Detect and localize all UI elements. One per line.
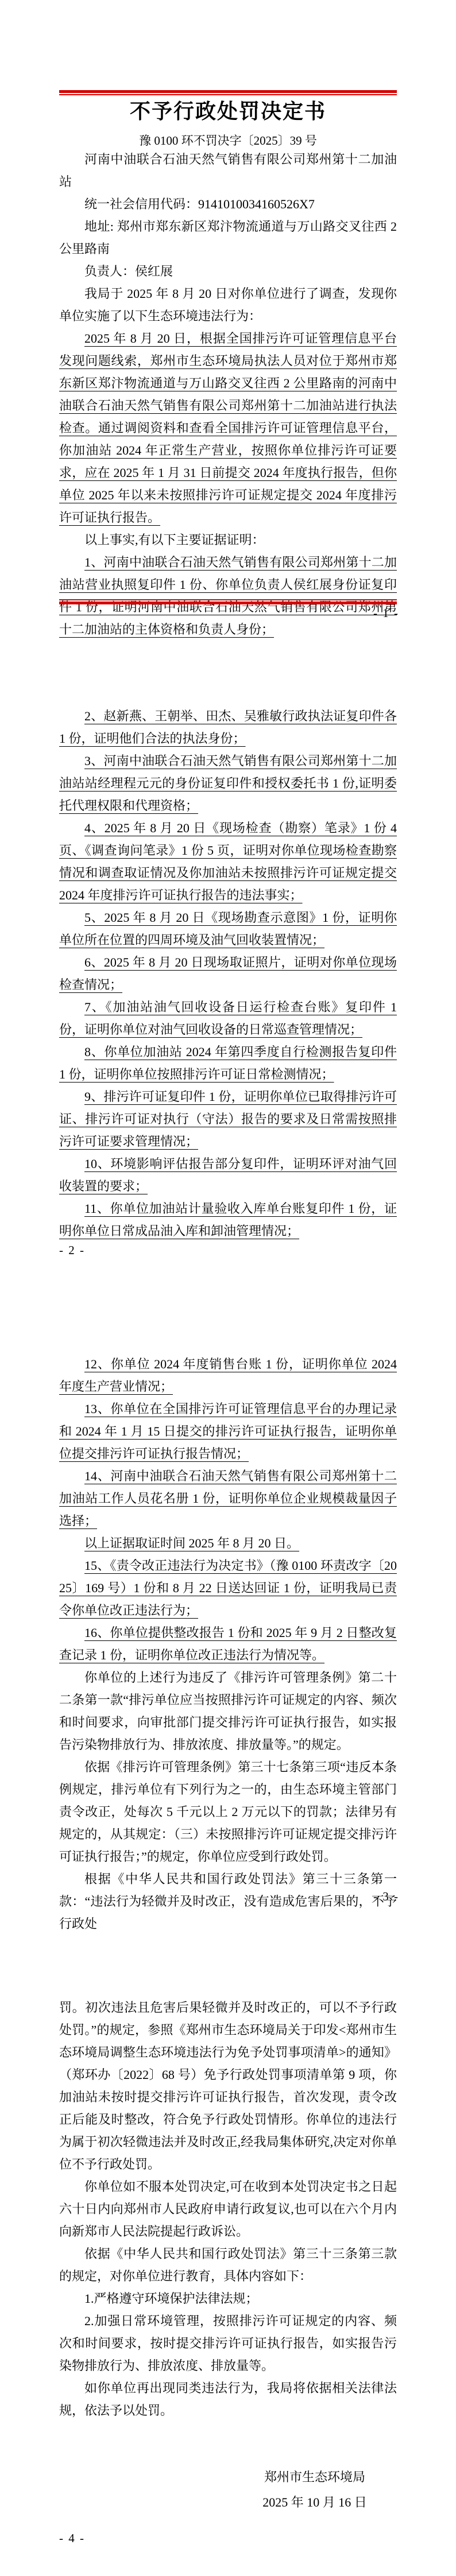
page-number-2: - 2 -: [59, 1243, 85, 1257]
issuing-authority: 郑州市生态环境局: [229, 2465, 401, 2490]
education-basis: 依据《中华人民共和国行政处罚法》第三十三条第三款的规定，对你单位进行教育，具体内…: [59, 2243, 397, 2287]
page-number-4: - 4 -: [59, 2531, 85, 2545]
evidence-item-10: 10、环境影响评估报告部分复印件，证明环评对油气回收装置的要求；: [59, 1153, 397, 1197]
investigation-intro: 我局于 2025 年 8 月 20 日对你单位进行了调查，发现你单位实施了以下生…: [59, 282, 397, 327]
page-3-body: 12、你单位 2024 年度销售台账 1 份，证明你单位 2024 年度生产营业…: [59, 1353, 397, 1935]
page-number-3: - 3 -: [59, 1890, 399, 1903]
evidence-item-14: 14、河南中油联合石油天然气销售有限公司郑州第十二加油站工作人员花名册 1 份，…: [59, 1465, 397, 1532]
non-penalty-basis-part2: 罚。初次违法且危害后果轻微并及时改正的，可以不予行政处罚。”的规定，参照《郑州市…: [59, 1996, 397, 2175]
document-title: 不予行政处罚决定书: [0, 99, 456, 124]
evidence-item-2: 2、赵新燕、王朝举、田杰、吴雅敏行政执法证复印件各 1 份，证明他们合法的执法身…: [59, 705, 397, 750]
address-line: 地址: 郑州市郑东新区郑汴物流通道与万山路交叉往西 2 公里路南: [59, 215, 397, 260]
violation-facts: 2025 年 8 月 20 日，根据全国排污许可证管理信息平台发现问题线索，郑州…: [59, 327, 397, 529]
company-name-line: 河南中油联合石油天然气销售有限公司郑州第十二加油站: [59, 148, 397, 193]
evidence-item-13: 13、你单位在全国排污许可证管理信息平台的办理记录和 2024 年 1 月 15…: [59, 1398, 397, 1465]
issue-date: 2025 年 10 月 16 日: [229, 2490, 401, 2515]
appeal-rights: 你单位如不服本处罚决定,可在收到本处罚决定书之日起六十日内向郑州市人民政府申请行…: [59, 2175, 397, 2243]
page-number-1: - 1 -: [59, 606, 399, 620]
header-red-rule: [59, 90, 397, 95]
evidence-item-6: 6、2025 年 8 月 20 日现场取证照片，证明对你单位现场检查情况；: [59, 951, 397, 996]
evidence-intro: 以上事实,有以下主要证据证明：: [59, 529, 397, 551]
footer-red-rule: [59, 599, 397, 604]
person-in-charge-line: 负责人：侯红展: [59, 260, 397, 282]
evidence-item-7: 7、《加油站油气回收设备日运行检查台账》复印件 1 份，证明你单位对油气回收设备…: [59, 996, 397, 1041]
page-1-body: 河南中油联合石油天然气销售有限公司郑州第十二加油站统一社会信用代码：914101…: [59, 148, 397, 641]
education-item-1: 1.严格遵守环境保护法律法规；: [59, 2287, 397, 2310]
evidence-item-9: 9、排污许可证复印件 1 份，证明你单位已取得排污许可证、排污许可证对执行（守法…: [59, 1085, 397, 1153]
header-rule-thin-line: [59, 94, 397, 95]
evidence-item-8: 8、你单位加油站 2024 年第四季度自行检测报告复印件 1 份，证明你单位按照…: [59, 1041, 397, 1085]
document-number: 豫 0100 环不罚决字〔2025〕39 号: [0, 133, 456, 149]
legal-basis-penalty: 依据《排污许可管理条例》第三十七条第三项“违反本条例规定，排污单位有下列行为之一…: [59, 1756, 397, 1868]
credit-code-line: 统一社会信用代码：9141010034160526X7: [59, 193, 397, 215]
evidence-item-1: 1、河南中油联合石油天然气销售有限公司郑州第十二加油站营业执照复印件 1 份、你…: [59, 551, 397, 641]
education-item-2: 2.加强日常环境管理，按照排污许可证规定的内容、频次和时间要求，按时提交排污许可…: [59, 2310, 397, 2377]
footer-rule-thick-line: [59, 602, 397, 604]
evidence-item-15: 15、《责令改正违法行为决定书》（豫 0100 环责改字〔2025〕169 号）…: [59, 1554, 397, 1621]
legal-basis-violation: 你单位的上述行为违反了《排污许可管理条例》第二十二条第一款“排污单位应当按照排污…: [59, 1666, 397, 1756]
signature-block: 郑州市生态环境局 2025 年 10 月 16 日: [229, 2465, 401, 2515]
page-2-body: 2、赵新燕、王朝举、田杰、吴雅敏行政执法证复印件各 1 份，证明他们合法的执法身…: [59, 705, 397, 1242]
evidence-item-5: 5、2025 年 8 月 20 日《现场勘查示意图》1 份，证明你单位所在位置的…: [59, 906, 397, 951]
page-4-body: 罚。初次违法且危害后果轻微并及时改正的，可以不予行政处罚。”的规定，参照《郑州市…: [59, 1996, 397, 2422]
evidence-item-12: 12、你单位 2024 年度销售台账 1 份，证明你单位 2024 年度生产营业…: [59, 1353, 397, 1398]
repeat-violation-warning: 如你单位再出现同类违法行为，我局将依据相关法律法规，依法予以处罚。: [59, 2377, 397, 2422]
evidence-item-4: 4、2025 年 8 月 20 日《现场检查（勘察）笔录》1 份 4 页、《调查…: [59, 817, 397, 906]
evidence-item-3: 3、河南中油联合石油天然气销售有限公司郑州第十二加油站站经理程元元的身份证复印件…: [59, 750, 397, 817]
evidence-item-11: 11、你单位加油站计量验收入库单台账复印件 1 份，证明你单位日常成品油入库和卸…: [59, 1197, 397, 1242]
evidence-item-16: 16、你单位提供整改报告 1 份和 2025 年 9 月 2 日整改复查记录 1…: [59, 1621, 397, 1666]
evidence-time: 以上证据取证时间 2025 年 8 月 20 日。: [59, 1532, 397, 1554]
non-penalty-decision-document: 不予行政处罚决定书 豫 0100 环不罚决字〔2025〕39 号 河南中油联合石…: [0, 0, 456, 2576]
